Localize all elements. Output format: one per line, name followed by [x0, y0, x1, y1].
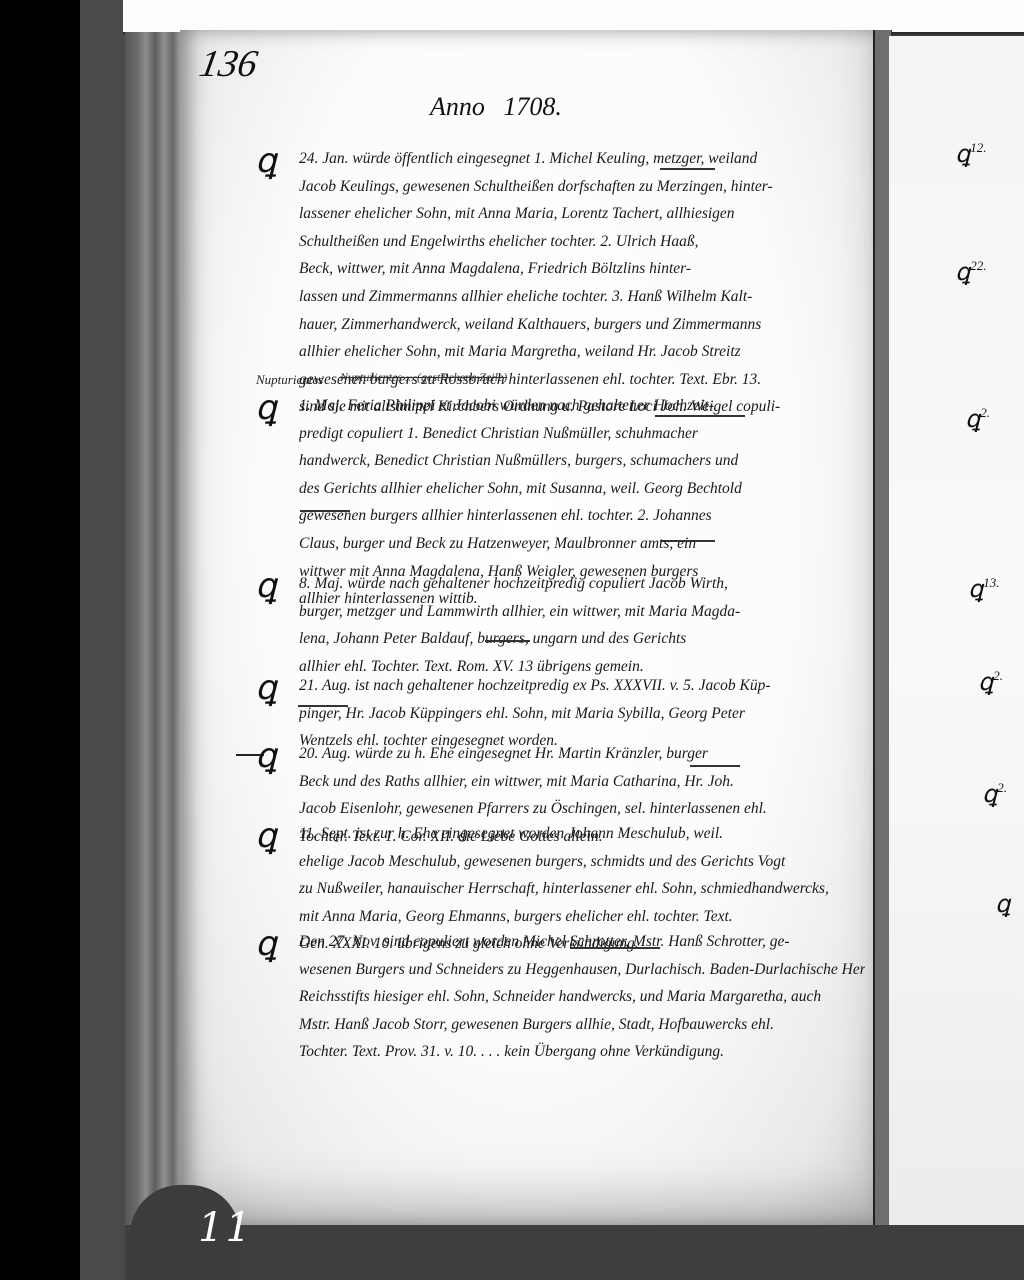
right-margin-mark-icon: ꝗ	[968, 577, 983, 603]
register-entry: ꝗ Den 27. Nov. sind copuliert worden Mic…	[255, 928, 865, 1066]
entry-line: burger, metzger und Lammwirth allhier, e…	[299, 598, 865, 626]
entry-line: 8. Maj. würde nach gehaltener hochzeitpr…	[299, 570, 865, 598]
entry-line: des Gerichts allhier ehelicher Sohn, mit…	[299, 475, 865, 503]
right-margin-date: 2.	[997, 780, 1007, 795]
page-heading-year: Anno 1708.	[430, 92, 562, 122]
register-entry: ꝗ 8. Maj. würde nach gehaltener hochzeit…	[255, 570, 865, 680]
entry-margin-mark-icon: ꝗ	[255, 145, 277, 179]
entry-line: gewesenen burgers allhier hinterlassenen…	[299, 502, 865, 530]
entry-line: Mstr. Hanß Jacob Storr, gewesenen Burger…	[299, 1011, 865, 1039]
name-underline	[485, 640, 530, 642]
entry-margin-mark-icon: ꝗ	[255, 570, 277, 604]
entry-line: lassener ehelicher Sohn, mit Anna Maria,…	[299, 200, 865, 228]
entry-margin-mark-icon: ꝗ	[255, 740, 277, 774]
film-grey-border	[80, 0, 125, 1280]
entry-line: hauer, Zimmerhandwerck, weiland Kalthaue…	[299, 311, 865, 339]
right-margin-mark-icon: ꝗ	[955, 260, 970, 286]
page-number: 136	[196, 42, 261, 86]
entry-line: wesenen Burgers und Schneiders zu Heggen…	[299, 956, 865, 984]
entry-line: mit Anna Maria, Georg Ehmanns, burgers e…	[299, 903, 865, 931]
right-margin-entry: ꝗ	[995, 890, 1010, 919]
entry-line: Jacob Eisenlohr, gewesenen Pfarrers zu Ö…	[299, 795, 865, 823]
name-underline	[298, 705, 348, 707]
right-margin-entry: ꝗ2.	[978, 668, 1003, 697]
right-margin-date: 22.	[970, 258, 986, 273]
entry-line: Beck, wittwer, mit Anna Magdalena, Fried…	[299, 255, 865, 283]
entry-line: 11. Sept. ist zur h. Ehe eingesegnet wor…	[299, 820, 865, 848]
book-binding	[125, 32, 185, 1232]
entry-line: 24. Jan. würde öffentlich eingesegnet 1.…	[299, 145, 865, 173]
entry-line: 21. Aug. ist nach gehaltener hochzeitpre…	[299, 672, 865, 700]
name-underline	[660, 168, 715, 170]
entry-margin-mark-icon: ꝗ	[255, 820, 277, 854]
entry-margin-mark-icon: ꝗ	[255, 928, 277, 962]
right-margin-date: 13.	[983, 575, 999, 590]
entry-line: Beck und des Raths allhier, ein wittwer,…	[299, 768, 865, 796]
name-underline	[690, 765, 740, 767]
name-underline	[570, 947, 660, 949]
entry-line: 20. Aug. würde zu h. Ehe eingesegnet Hr.…	[299, 740, 865, 768]
entry-line: lassen und Zimmermanns allhier eheliche …	[299, 283, 865, 311]
right-margin-entry: ꝗ13.	[968, 575, 999, 604]
entry-line: allhier ehelicher Sohn, mit Maria Margre…	[299, 338, 865, 366]
bottom-film-band	[125, 1225, 1024, 1280]
name-underline	[655, 415, 745, 417]
right-page	[889, 36, 1024, 1226]
entry-line: Claus, burger und Beck zu Hatzenweyer, M…	[299, 530, 865, 558]
entry-line: Schultheißen und Engelwirths ehelicher t…	[299, 228, 865, 256]
entry-line: Den 27. Nov. sind copuliert worden Miche…	[299, 928, 865, 956]
entry-line: handwerck, Benedict Christian Nußmüllers…	[299, 447, 865, 475]
entry-line: Tochter. Text. Prov. 31. v. 10. . . . ke…	[299, 1038, 865, 1066]
entry-line: 1. Maj. Feria Philippi et Jacobi würden …	[299, 392, 865, 420]
right-margin-mark-icon: ꝗ	[965, 407, 980, 433]
right-margin-entry: ꝗ2.	[982, 780, 1007, 809]
entry-line: pinger, Hr. Jacob Küppingers ehl. Sohn, …	[299, 700, 865, 728]
top-paper-strip	[123, 0, 1024, 34]
right-margin-mark-icon: ꝗ	[982, 782, 997, 808]
film-black-border	[0, 0, 80, 1280]
entry-line: lena, Johann Peter Baldauf, burgers, ung…	[299, 625, 865, 653]
entry-margin-mark-icon: ꝗ	[255, 392, 277, 426]
name-underline	[300, 510, 350, 512]
entry-line: Jacob Keulings, gewesenen Schultheißen d…	[299, 173, 865, 201]
right-margin-mark-icon: ꝗ	[995, 892, 1010, 918]
entry-line: ehelige Jacob Meschulub, gewesenen burge…	[299, 848, 865, 876]
right-margin-date: 2.	[980, 405, 990, 420]
margin-note: Nupturientes	[256, 372, 323, 388]
name-underline	[660, 540, 715, 542]
entry-line: Reichsstifts hiesiger ehl. Sohn, Schneid…	[299, 983, 865, 1011]
right-margin-entry: ꝗ2.	[965, 405, 990, 434]
right-margin-entry: ꝗ22.	[955, 258, 986, 287]
footer-frame-number: 11	[198, 1205, 253, 1251]
entry-line: zu Nußweiler, hanauischer Herrschaft, hi…	[299, 875, 865, 903]
right-margin-mark-icon: ꝗ	[978, 670, 993, 696]
right-margin-date: 2.	[993, 668, 1003, 683]
right-margin-mark-icon: ꝗ	[955, 142, 970, 168]
entry-margin-mark-icon: ꝗ	[255, 672, 277, 706]
right-margin-entry: ꝗ12.	[955, 140, 986, 169]
struck-through-line: Nupturientes ... (gestrichene Zeile)	[340, 370, 870, 388]
right-margin-date: 12.	[970, 140, 986, 155]
entry-line: predigt copuliert 1. Benedict Christian …	[299, 420, 865, 448]
